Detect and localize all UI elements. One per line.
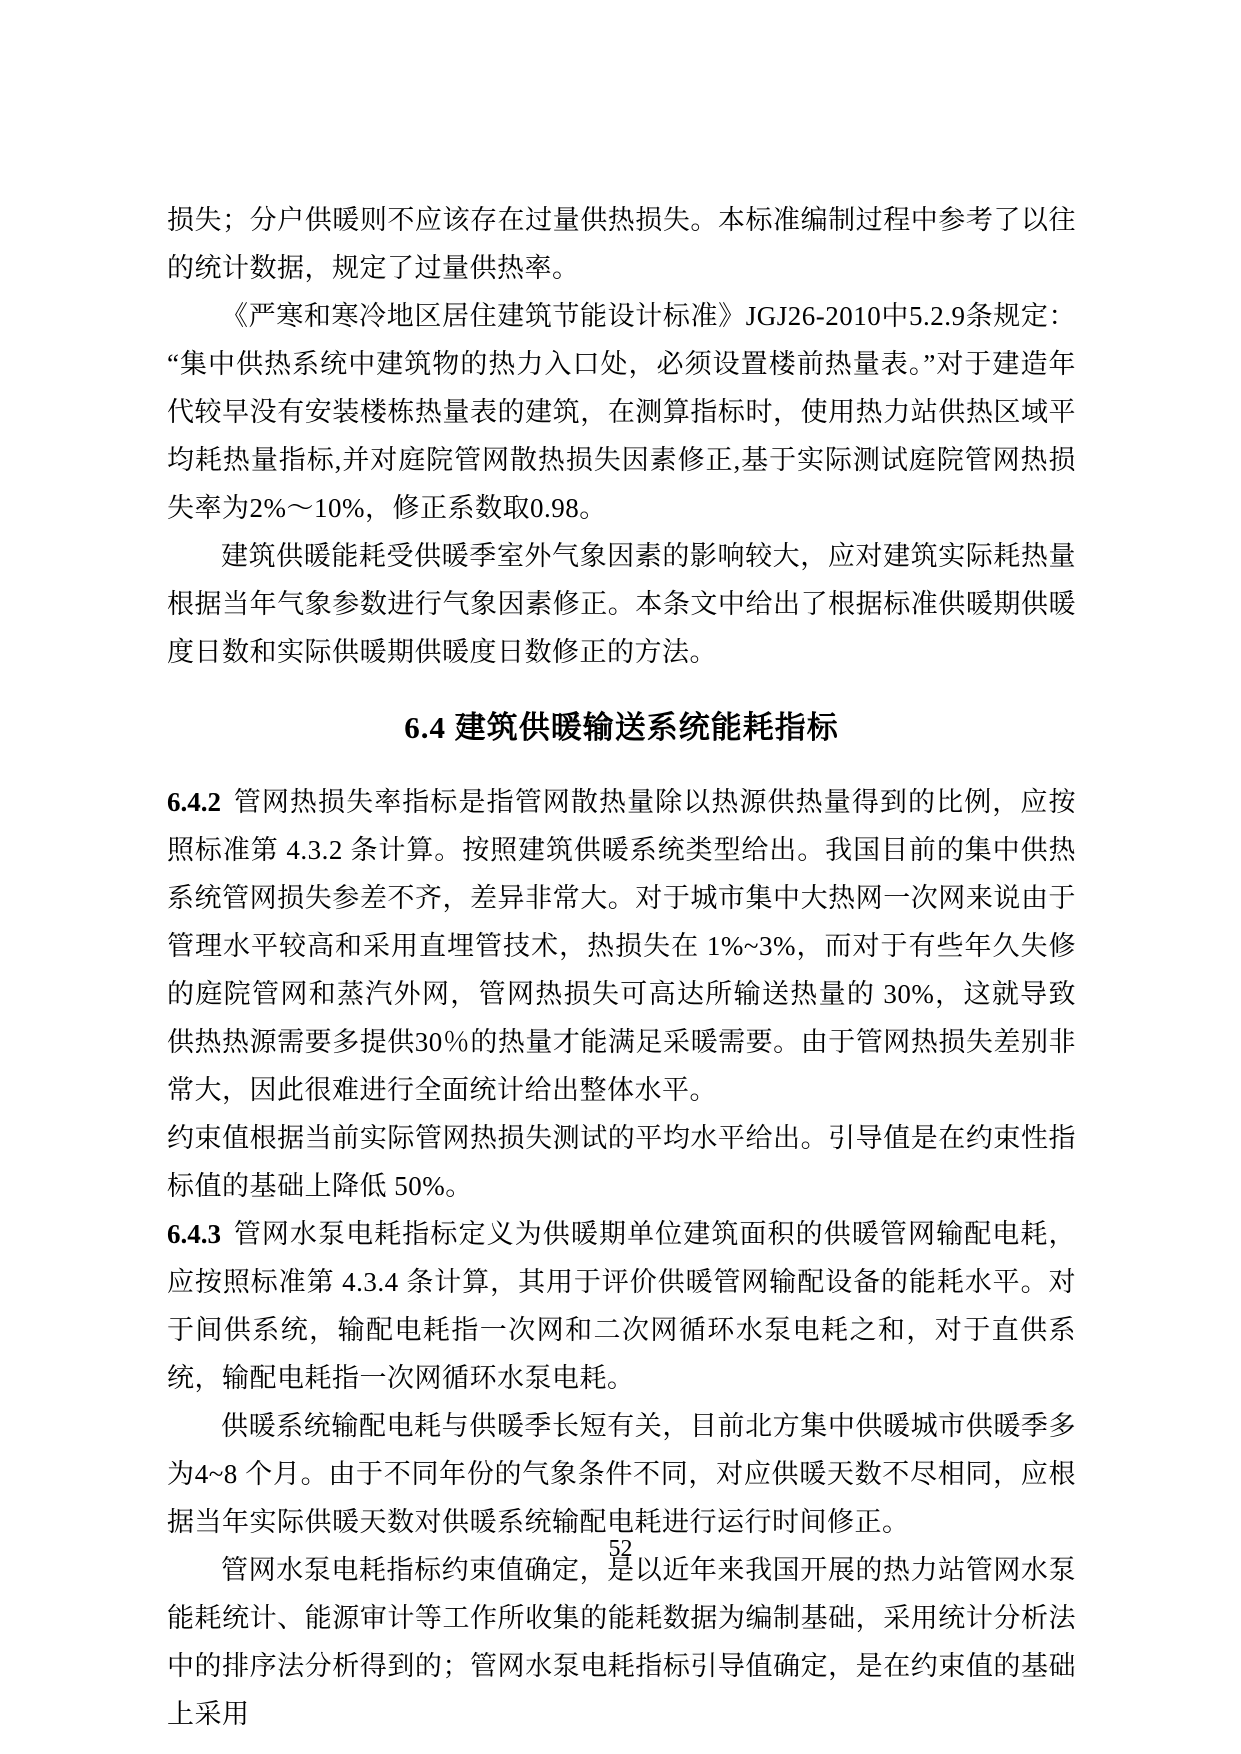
paragraph-clause-6-4-2: 6.4.2管网热损失率指标是指管网散热量除以热源供热量得到的比例，应按照标准第 …: [167, 778, 1076, 1114]
page-body: 损失；分户供暖则不应该存在过量供热损失。本标准编制过程中参考了以往的统计数据，规…: [167, 196, 1076, 1738]
paragraph-pump-statistics: 管网水泵电耗指标约束值确定，是以近年来我国开展的热力站管网水泵能耗统计、能源审计…: [167, 1546, 1076, 1738]
page-number: 52: [0, 1534, 1241, 1564]
section-heading-6-4: 6.4 建筑供暖输送系统能耗指标: [167, 706, 1076, 750]
paragraph-overheating-loss: 损失；分户供暖则不应该存在过量供热损失。本标准编制过程中参考了以往的统计数据，规…: [167, 196, 1076, 292]
paragraph-clause-6-4-3: 6.4.3管网水泵电耗指标定义为供暖期单位建筑面积的供暖管网输配电耗，应按照标准…: [167, 1210, 1076, 1402]
clause-number-6-4-3: 6.4.3: [167, 1219, 221, 1249]
clause-number-6-4-2: 6.4.2: [167, 787, 221, 817]
paragraph-heating-season: 供暖系统输配电耗与供暖季长短有关，目前北方集中供暖城市供暖季多为4~8 个月。由…: [167, 1402, 1076, 1546]
clause-6-4-3-text: 管网水泵电耗指标定义为供暖期单位建筑面积的供暖管网输配电耗，应按照标准第 4.3…: [167, 1219, 1076, 1393]
paragraph-constraint-value: 约束值根据当前实际管网热损失测试的平均水平给出。引导值是在约束性指标值的基础上降…: [167, 1114, 1076, 1210]
document-page: 损失；分户供暖则不应该存在过量供热损失。本标准编制过程中参考了以往的统计数据，规…: [0, 0, 1241, 1754]
paragraph-weather-correction: 建筑供暖能耗受供暖季室外气象因素的影响较大，应对建筑实际耗热量根据当年气象参数进…: [167, 532, 1076, 676]
clause-6-4-2-text: 管网热损失率指标是指管网散热量除以热源供热量得到的比例，应按照标准第 4.3.2…: [167, 787, 1076, 1105]
paragraph-jgj26-standard: 《严寒和寒冷地区居住建筑节能设计标准》JGJ26-2010中5.2.9条规定：“…: [167, 292, 1076, 532]
